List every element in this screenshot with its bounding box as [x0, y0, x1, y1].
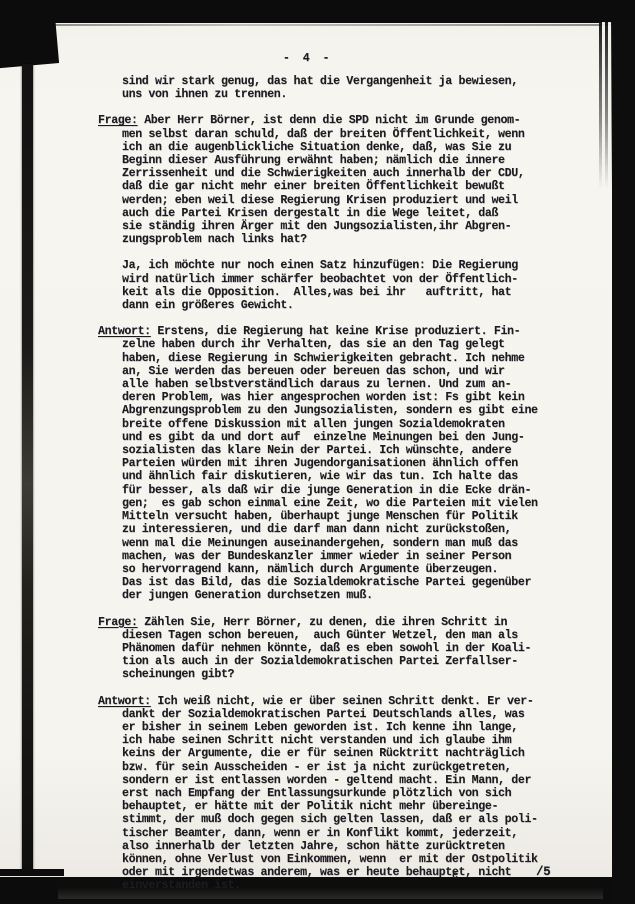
paragraph-text: Erstens, die Regierung hat keine Krise p… [122, 325, 538, 602]
paragraph-answer-1: Antwort: Erstens, die Regierung hat kein… [0, 325, 590, 602]
paragraph-text: Ich weiß nicht, wie er über seinen Schri… [122, 695, 538, 893]
footer-copy-mark: c [452, 870, 458, 883]
scan-bottom-smudge [58, 887, 603, 899]
question-label: Frage: [98, 114, 138, 127]
paragraph-text: Aber Herr Börner, ist denn die SPD nicht… [122, 114, 524, 246]
paragraph-text: Ja, ich möchte nur noch einen Satz hinzu… [122, 259, 518, 312]
answer-label: Antwort: [98, 325, 151, 338]
scanned-page: - 4 - sind wir stark genug, das hat die … [0, 23, 612, 877]
paragraph-answer-2: Antwort: Ich weiß nicht, wie er über sei… [0, 695, 590, 893]
paragraph-text: Zählen Sie, Herr Börner, zu denen, die i… [122, 616, 531, 682]
scan-spine-stripes [599, 22, 612, 197]
scan-bottom-left-line [0, 869, 64, 876]
paragraph-text: sind wir stark genug, das hat die Vergan… [122, 75, 518, 101]
question-label: Frage: [98, 616, 138, 629]
scan-left-streak [22, 64, 33, 872]
document-body: sind wir stark genug, das hat die Vergan… [0, 75, 590, 904]
paragraph-question-2: Frage: Zählen Sie, Herr Börner, zu denen… [0, 616, 590, 682]
paragraph-question-1: Frage: Aber Herr Börner, ist denn die SP… [0, 114, 590, 246]
page-number: - 4 - [0, 52, 612, 65]
paragraph-addition: Ja, ich möchte nur noch einen Satz hinzu… [0, 259, 590, 312]
scan-right-black-band [612, 20, 635, 904]
next-page-indicator: /5 [536, 866, 550, 879]
paragraph-continuation: sind wir stark genug, das hat die Vergan… [0, 75, 590, 101]
answer-label: Antwort: [98, 695, 151, 708]
page-top-edge-shadow [0, 24, 612, 26]
scan-corner-wedge [0, 0, 59, 69]
